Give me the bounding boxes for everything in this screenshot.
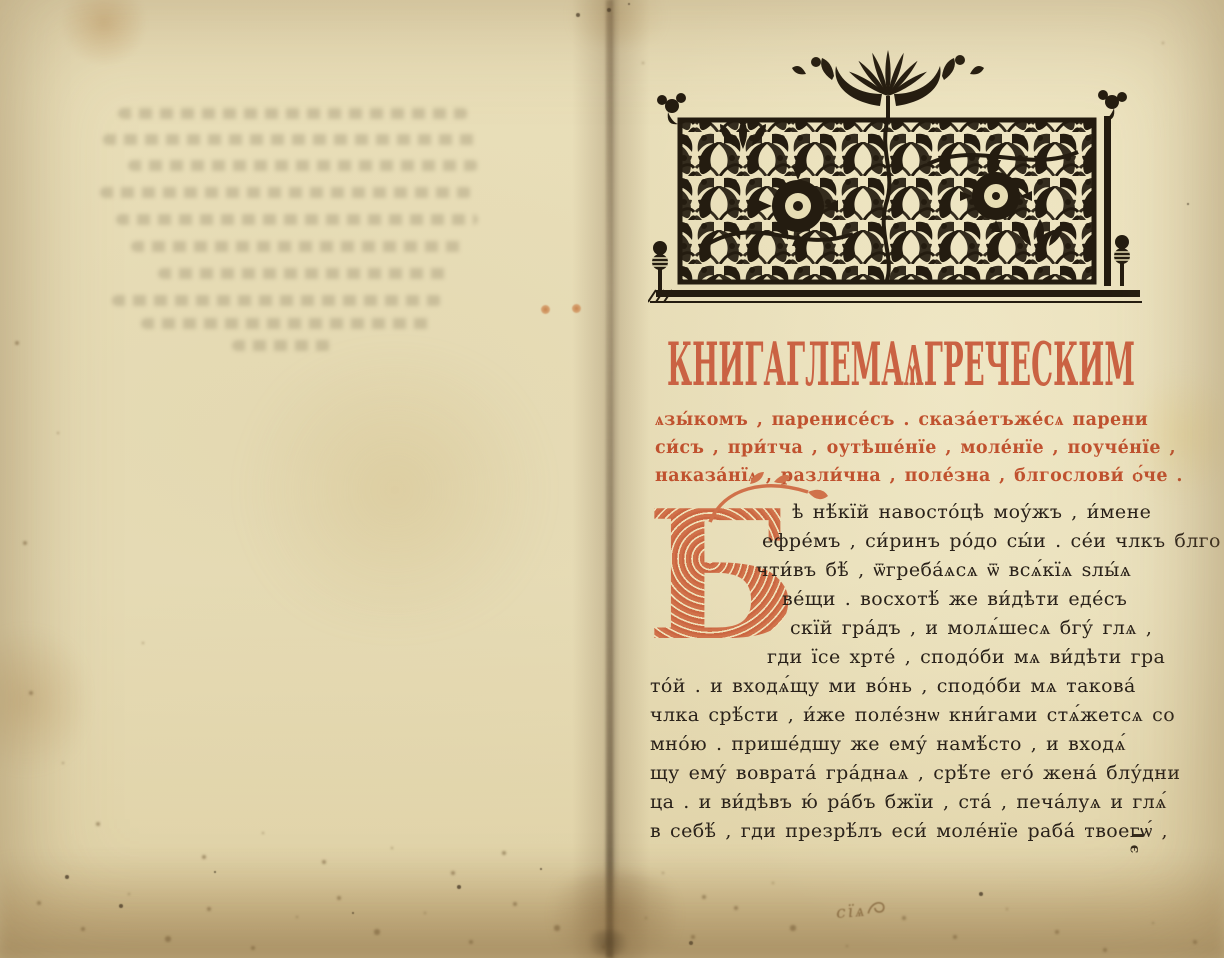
paper-stain (225, 355, 565, 625)
bleed-through-line (116, 214, 478, 225)
paper-stain (0, 615, 85, 785)
handwritten-inscription: сїѧ (835, 898, 889, 923)
body-line: щу ему́ воврата́ гра́днаѧ , срѣ́те его́ … (650, 759, 1144, 788)
foliate-headpiece-ornament (648, 44, 1145, 312)
folio-signature-mark: є (1130, 834, 1150, 870)
intro-line: ѧзы́комъ , паренисе́съ . сказа́етъже́сѧ … (655, 406, 1143, 434)
foxing-specks (0, 0, 2, 2)
bleed-through-line (158, 268, 450, 279)
body-line: члка срѣ́сти , и́же поле́знѡ кни́гами ст… (650, 701, 1144, 730)
book-spread: КНИГАГЛЕМАѦГРЕЧЕСКИМ ѧзы́комъ , паренисе… (0, 0, 1224, 958)
body-line: скїй гра́дъ , и молѧ́шесѧ бгу́ глѧ , (790, 614, 1144, 643)
wormhole-mark (541, 305, 550, 314)
bleed-through-line (131, 241, 466, 252)
body-line: ца . и ви́дѣвъ ю́ ра́бъ бжїи , ста́ , пе… (650, 788, 1144, 817)
bleed-through-line (128, 160, 478, 171)
bleed-through-line (112, 295, 442, 306)
paper-stain (58, 0, 150, 64)
bleed-through-line (141, 318, 433, 329)
vyaz-title-text: КНИГАГЛЕМАѦГРЕЧЕСКИМ (667, 330, 1135, 397)
paper-stain (1138, 360, 1224, 510)
wormhole-mark (572, 304, 581, 313)
intro-line: си́съ , при́тча , оутѣше́нїе , моле́нїе … (655, 434, 1143, 462)
body-line: мно́ю . прише́дшу же ему́ намѣ́сто , и в… (650, 730, 1144, 759)
inscription-text: сїѧ (835, 901, 867, 924)
body-line: в себѣ́ , гди презрѣ́лъ еси́ моле́нїе ра… (650, 817, 1144, 846)
body-line: ве́щи . восхотѣ́ же ви́дѣти еде́съ (782, 585, 1144, 614)
vyaz-title: КНИГАГЛЕМАѦГРЕЧЕСКИМ (664, 327, 1140, 401)
book-gutter-shadow (606, 0, 613, 958)
body-line: ефре́мъ , си́ринъ ро́до сы́и . се́и члкъ… (762, 527, 1144, 556)
bleed-through-line (232, 340, 332, 351)
bleed-through-line (100, 187, 472, 198)
folio-mark-tick (1133, 834, 1143, 837)
bleed-through-line (118, 108, 468, 119)
body-line: чти́въ бѣ́ , ѿгреба́ѧсѧ ѿ всѧ́кїѧ ѕлы́ѧ (756, 556, 1144, 585)
bleed-through-line (103, 134, 478, 145)
body-line: гди їсе хрте́ , сподо́би мѧ ви́дѣти гра (767, 643, 1144, 672)
body-line: ѣ нѣ́кїй навосто́цѣ моу́жъ , и́мене (792, 498, 1144, 527)
folio-mark-letter: є (1126, 845, 1142, 854)
body-line: то́й . и входѧ́щу ми во́нь , сподо́би мѧ… (650, 672, 1144, 701)
inscription-flourish (865, 898, 888, 918)
body-text: ѣ нѣ́кїй навосто́цѣ моу́жъ , и́мене ефре… (650, 498, 1144, 846)
